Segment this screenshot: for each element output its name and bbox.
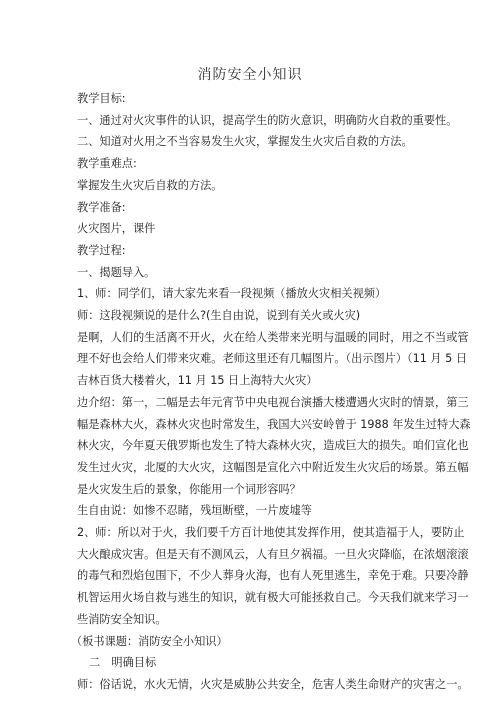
paragraph-line: 是啊，人们的生活离不开火，火在给人类带来光明与温暖的同时，用之不当或管 [77,327,489,349]
paragraph-line: 师：俗话说，水火无情，火灾是威胁公共安全，危害人类生命财产的灾害之一。 [77,674,489,696]
paragraph-line: 理不好也会给人们带来灾难。老师这里还有几幅图片。（出示图片）（11 月 5 日 [77,348,489,370]
heading-preparation: 教学准备: [77,197,489,219]
paragraph-line: 些消防安全知识。 [77,609,489,631]
objective-1: 一、通过对火灾事件的认识，提高学生的防火意识，明确防火自救的重要性。 [77,110,489,132]
document-body: 教学目标: 一、通过对火灾事件的认识，提高学生的防火意识，明确防火自救的重要性。… [77,88,489,696]
paragraph-line: 1、师：同学们，请大家先来看一段视频（播放火灾相关视频） [77,283,489,305]
section-2-title: 二 明确目标 [77,652,489,674]
document-title: 消防安全小知识 [0,64,500,84]
board-topic: （板书课题：消防安全小知识） [71,631,489,653]
paragraph-line: 生自由说：如惨不忍睹，残垣断壁，一片废墟等 [77,500,489,522]
paragraph-line: 机智运用火场自救与逃生的知识，就有极大可能拯救自己。今天我们就来学习一 [77,587,489,609]
paragraph-line: 2、师：所以对于火，我们要千方百计地使其发挥作用，使其造福于人，要防止 [77,522,489,544]
document-page: 消防安全小知识 教学目标: 一、通过对火灾事件的认识，提高学生的防火意识，明确防… [0,0,500,707]
paragraph-line: 发生过火灾，北厦的大火灾，这幅图是宣化六中附近发生火灾后的场景。第五幅 [77,457,489,479]
paragraph-line: 林火灾，今年夏天俄罗斯也发生了特大森林火灾，造成巨大的损失。咱们宣化也 [77,435,489,457]
paragraph-line: 的毒气和烈焰包围下，不少人葬身火海，也有人死里逃生，幸免于难。只要冷静 [77,565,489,587]
heading-process: 教学过程: [77,240,489,262]
section-1-title: 一、揭题导入。 [77,262,489,284]
heading-key-points: 教学重难点: [77,153,489,175]
paragraph-line: 师：这段视频说的是什么?(生自由说，说到有关火或火灾) [77,305,489,327]
paragraph-line: 大火酿成灾害。但是天有不测风云，人有旦夕祸福。一旦火灾降临，在浓烟滚滚 [77,544,489,566]
heading-objectives: 教学目标: [77,88,489,110]
paragraph-line: 是火灾发生后的景象，你能用一个词形容吗？ [77,479,489,501]
objective-2: 二、知道对火用之不当容易发生火灾，掌握发生火灾后自救的方法。 [77,131,489,153]
preparation: 火灾图片，课件 [77,218,489,240]
paragraph-line: 幅是森林大火，森林火灾也时常发生，我国大兴安岭曾于 1988 年发生过特大森 [77,414,489,436]
paragraph-line: 吉林百货大楼着火，11 月 15 日上海特大火灾） [77,370,489,392]
key-point: 掌握发生火灾后自救的方法。 [77,175,489,197]
paragraph-line: 边介绍：第一，二幅是去年元宵节中央电视台演播大楼遭遇火灾时的情景，第三 [77,392,489,414]
